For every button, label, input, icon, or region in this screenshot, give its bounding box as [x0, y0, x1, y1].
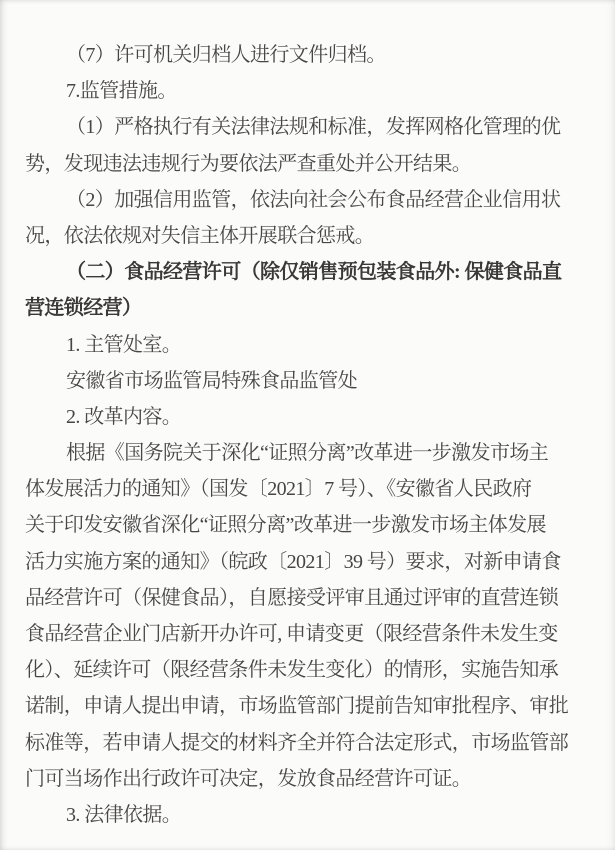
- document-line: （2）加强信用监管，依法向社会公布食品经营企业信用状: [25, 182, 587, 218]
- document-line: 况，依法依规对失信主体开展联合惩戒。: [25, 218, 587, 254]
- document-heading-line: （二）食品经营许可（除仅销售预包装食品外: 保健食品直: [25, 254, 587, 290]
- document-line: 根据《国务院关于深化“证照分离”改革进一步激发市场主: [25, 435, 587, 471]
- document-line: 安徽省市场监管局特殊食品监管处: [25, 363, 587, 399]
- document-line: 诺制，申请人提出申请，市场监管部门提前告知审批程序、审批: [25, 688, 587, 724]
- document-line: 活力实施方案的通知》（皖政〔2021〕39 号）要求，对新申请食: [25, 544, 587, 580]
- document-line: （1）严格执行有关法律法规和标准，发挥网格化管理的优: [25, 109, 587, 145]
- document-body: （7）许可机关归档人进行文件归档。7.监管措施。（1）严格执行有关法律法规和标准…: [25, 37, 587, 833]
- document-line: 门可当场作出行政许可决定，发放食品经营许可证。: [25, 761, 587, 797]
- document-line: 品经营许可（保健食品），自愿接受评审且通过评审的直营连锁: [25, 580, 587, 616]
- document-line: 化）、延续许可（限经营条件未发生变化）的情形，实施告知承: [25, 652, 587, 688]
- document-line: 食品经营企业门店新开办许可, 申请变更（限经营条件未发生变: [25, 616, 587, 652]
- document-heading-line: 营连锁经营）: [25, 290, 587, 326]
- document-line: 3. 法律依据。: [25, 797, 587, 833]
- document-line: 体发展活力的通知》（国发〔2021〕7 号）、《安徽省人民政府: [25, 471, 587, 507]
- document-line: 7.监管措施。: [25, 73, 587, 109]
- document-line: （7）许可机关归档人进行文件归档。: [25, 37, 587, 73]
- document-line: 标准等，若申请人提交的材料齐全并符合法定形式，市场监管部: [25, 725, 587, 761]
- document-line: 2. 改革内容。: [25, 399, 587, 435]
- document-line: 1. 主管处室。: [25, 327, 587, 363]
- document-line: 势，发现违法违规行为要依法严查重处并公开结果。: [25, 146, 587, 182]
- document-line: 关于印发安徽省深化“证照分离”改革进一步激发市场主体发展: [25, 507, 587, 543]
- scanned-document-page: （7）许可机关归档人进行文件归档。7.监管措施。（1）严格执行有关法律法规和标准…: [0, 0, 615, 850]
